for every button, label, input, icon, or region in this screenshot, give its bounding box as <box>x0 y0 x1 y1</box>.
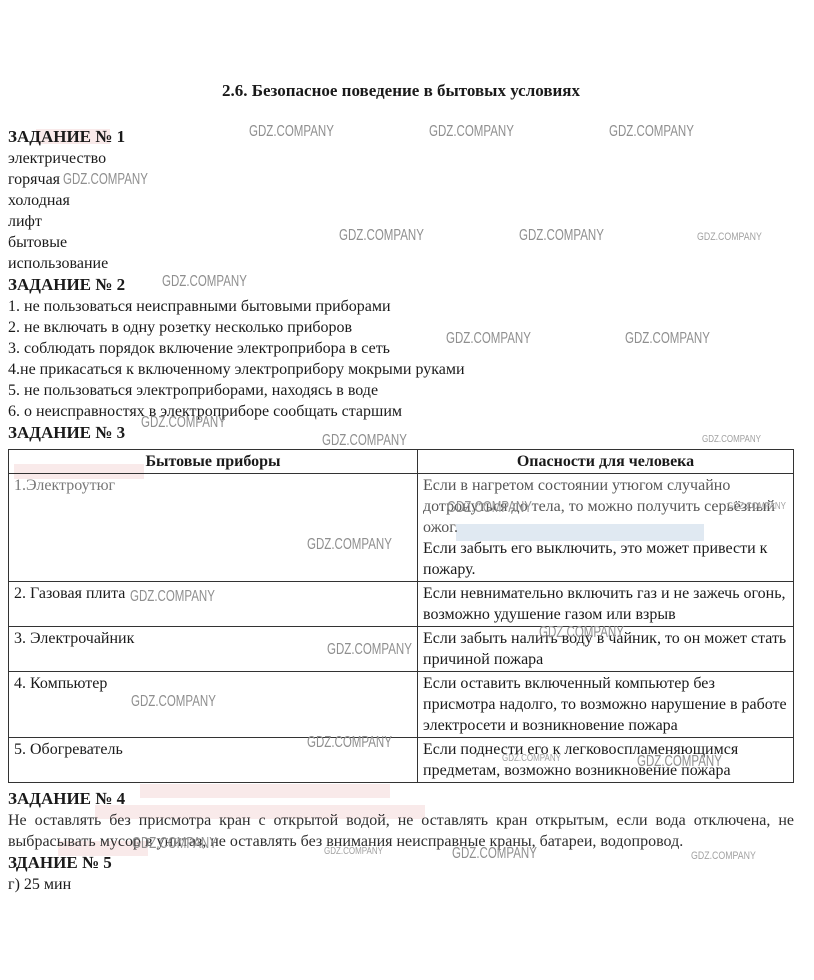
table-row: 1.Электроутюг Если в нагретом состоянии … <box>9 474 794 582</box>
task2-item: 6. о неисправностях в электроприборе соо… <box>8 401 794 422</box>
danger-cell: Если в нагретом состоянии утюгом случайн… <box>418 474 794 582</box>
watermark: GDZ.COMPANY <box>637 753 722 771</box>
watermark: GDZ.COMPANY <box>691 850 756 862</box>
danger-cell: Если невнимательно включить газ и не заж… <box>418 582 794 627</box>
devices-dangers-table: Бытовые приборы Опасности для человека 1… <box>8 449 794 783</box>
watermark: GDZ.COMPANY <box>446 330 531 348</box>
watermark: GDZ.COMPANY <box>307 536 392 554</box>
danger-text: Если забыть его выключить, это может при… <box>423 538 788 580</box>
device-cell: 1.Электроутюг <box>9 474 418 582</box>
watermark: GDZ.COMPANY <box>452 845 537 863</box>
watermark: GDZ.COMPANY <box>429 123 514 141</box>
watermark: GDZ.COMPANY <box>141 414 226 432</box>
watermark: GDZ.COMPANY <box>539 624 624 642</box>
table-row: 2. Газовая плита Если невнимательно вклю… <box>9 582 794 627</box>
watermark: GDZ.COMPANY <box>519 227 604 245</box>
watermark: GDZ.COMPANY <box>130 588 215 606</box>
task2-item: 4.не прикасаться к включенному электропр… <box>8 359 794 380</box>
watermark: GDZ.COMPANY <box>702 434 761 445</box>
task1-item: использование <box>8 253 794 274</box>
task5-answer: г) 25 мин <box>8 874 794 895</box>
table-row: 4. Компьютер Если оставить включенный ко… <box>9 672 794 738</box>
watermark: GDZ.COMPANY <box>502 753 561 764</box>
task2-item: 1. не пользоваться неисправными бытовыми… <box>8 296 794 317</box>
watermark: GDZ.COMPANY <box>131 693 216 711</box>
watermark: GDZ.COMPANY <box>307 734 392 752</box>
watermark: GDZ.COMPANY <box>324 846 383 857</box>
watermark: GDZ.COMPANY <box>249 123 334 141</box>
danger-cell: Если поднести его к легковоспламеняющимс… <box>418 738 794 783</box>
table-header-devices: Бытовые приборы <box>9 450 418 474</box>
watermark: GDZ.COMPANY <box>132 835 217 853</box>
document-page: GDZ.COMPANY GDZ.COMPANY GDZ.COMPANY GDZ.… <box>0 0 814 980</box>
task2-item: 5. не пользоваться электроприборами, нах… <box>8 380 794 401</box>
task5-heading: ЗДАНИЕ № 5 <box>8 852 794 874</box>
page-title: 2.6. Безопасное поведение в бытовых усло… <box>8 80 794 101</box>
task4-text: Не оставлять без присмотра кран с открыт… <box>8 810 794 852</box>
task2-heading: ЗАДАНИЕ № 2 <box>8 274 794 296</box>
watermark: GDZ.COMPANY <box>697 231 762 243</box>
watermark: GDZ.COMPANY <box>162 273 247 291</box>
task4-heading: ЗАДАНИЕ № 4 <box>8 788 794 810</box>
watermark: GDZ.COMPANY <box>322 432 407 450</box>
danger-cell: Если оставить включенный компьютер без п… <box>418 672 794 738</box>
table-header-dangers: Опасности для человека <box>418 450 794 474</box>
watermark: GDZ.COMPANY <box>727 501 786 512</box>
watermark: GDZ.COMPANY <box>339 227 424 245</box>
task1-item: электричество <box>8 148 794 169</box>
table-header-row: Бытовые приборы Опасности для человека <box>9 450 794 474</box>
watermark: GDZ.COMPANY <box>625 330 710 348</box>
watermark: GDZ.COMPANY <box>327 641 412 659</box>
watermark: GDZ.COMPANY <box>609 123 694 141</box>
watermark: GDZ.COMPANY <box>447 499 532 517</box>
watermark: GDZ.COMPANY <box>63 171 148 189</box>
task1-item: холодная <box>8 190 794 211</box>
